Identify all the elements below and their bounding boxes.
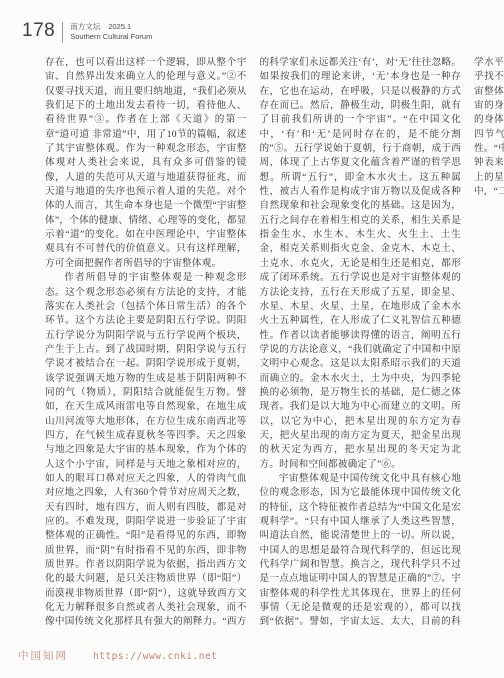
- page-number: 178: [22, 21, 55, 41]
- cnki-url-text: https://www.cnki.net: [93, 651, 217, 662]
- journal-page: 178 南方文坛2025.1 Southern Cultural Forum 存…: [0, 0, 504, 678]
- page-header: 178 南方文坛2025.1 Southern Cultural Forum: [22, 21, 152, 43]
- journal-title-cn: 南方文坛: [70, 22, 100, 31]
- header-divider: [62, 22, 63, 43]
- journal-issue: 2025.1: [108, 22, 131, 31]
- cnki-watermark: 中国知网 https://www.cnki.net: [18, 648, 217, 663]
- paragraph: 存在，也可以看出这样一个逻辑，即从整个宇宙、自然界出发来确立人的伦理与意义。”②…: [45, 56, 247, 271]
- journal-info: 南方文坛2025.1 Southern Cultural Forum: [70, 21, 152, 42]
- cnki-brand-text: 中国知网: [18, 648, 68, 663]
- article-body: 存在，也可以看出这样一个逻辑，即从整个宇宙、自然界出发来确立人的伦理与意义。”②…: [45, 56, 461, 637]
- journal-title-en: Southern Cultural Forum: [70, 32, 152, 42]
